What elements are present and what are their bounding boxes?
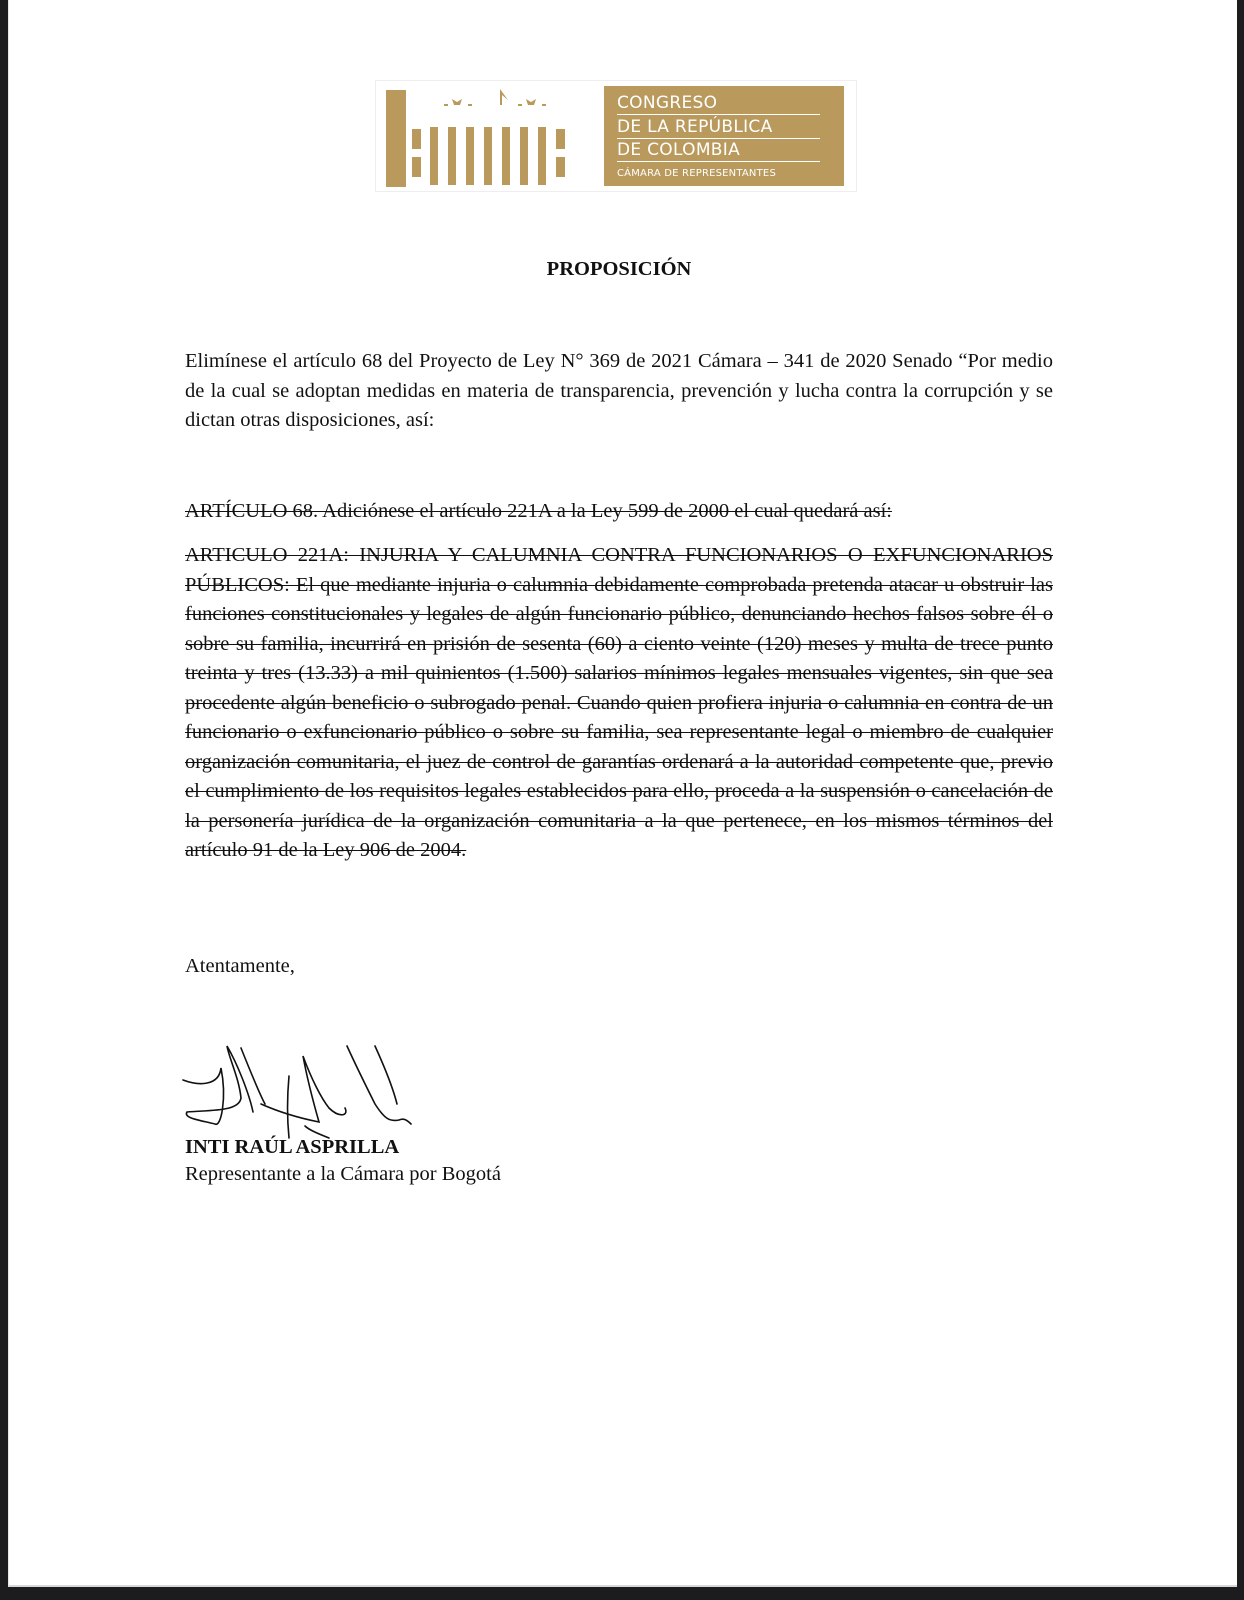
document-title: PROPOSICIÓN <box>185 258 1053 281</box>
struck-article-heading: ARTÍCULO 68. Adiciónese el artículo 221A… <box>185 497 1053 527</box>
congress-logo: CONGRESO DE LA REPÚBLICA DE COLOMBIA CÁM… <box>375 80 857 192</box>
congress-logo-wordmark: CONGRESO DE LA REPÚBLICA DE COLOMBIA CÁM… <box>604 86 844 186</box>
document-page: CONGRESO DE LA REPÚBLICA DE COLOMBIA CÁM… <box>8 0 1237 1587</box>
capitol-building-icon <box>386 87 606 187</box>
signer-role: Representante a la Cámara por Bogotá <box>185 1163 1053 1186</box>
logo-line-camara: CÁMARA DE REPRESENTANTES <box>617 168 820 181</box>
logo-line-colombia: DE COLOMBIA <box>617 140 820 162</box>
logo-line-congreso: CONGRESO <box>617 93 820 115</box>
closing-salutation: Atentamente, <box>185 955 1053 978</box>
logo-line-republica: DE LA REPÚBLICA <box>617 117 820 139</box>
signer-name: INTI RAÚL ASPRILLA <box>185 1136 1053 1159</box>
handwritten-signature <box>179 1038 429 1148</box>
proposal-intro-paragraph: Elimínese el artículo 68 del Proyecto de… <box>185 347 1053 436</box>
struck-article-body: ARTICULO 221A: INJURIA Y CALUMNIA CONTRA… <box>185 541 1053 866</box>
